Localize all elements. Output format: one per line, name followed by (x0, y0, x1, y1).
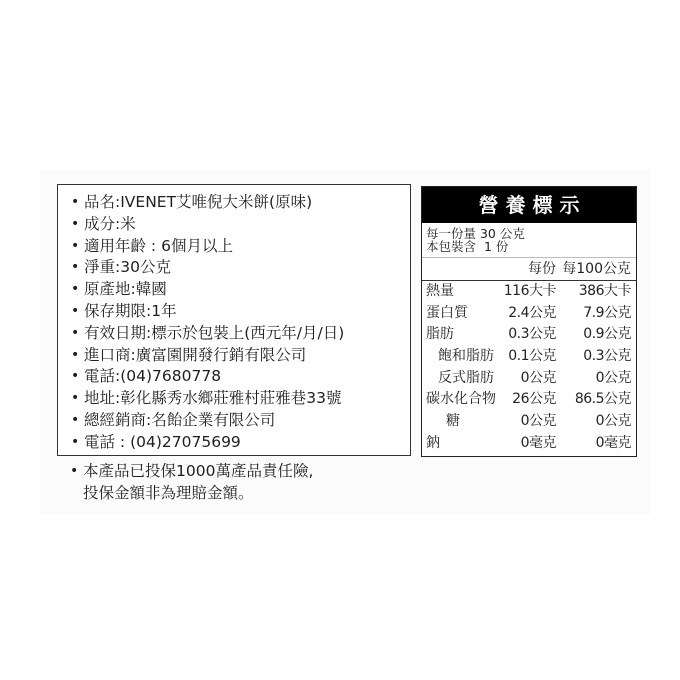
nutrient-name: 糖 (446, 411, 460, 433)
nutrient-name: 蛋白質 (426, 303, 468, 325)
serving-info: 每一份量 30 公克 本包裝含 1 份 (422, 223, 636, 258)
value-per-100g: 0公克 (596, 368, 631, 390)
bullet-icon: • (71, 257, 79, 279)
insurance-note: •本產品已投保1000萬產品責任險, 投保金額非為理賠金額。 (57, 460, 411, 504)
info-item-shelf-life: •保存期限:1年 (58, 301, 344, 323)
nutrient-name: 脂肪 (426, 324, 454, 346)
info-item-origin: •原產地:韓國 (58, 279, 344, 301)
info-item-importer-phone: •電話:(04)7680778 (58, 366, 344, 388)
nutrition-row-fat: 脂肪 0.3公克 0.9公克 (422, 324, 636, 346)
info-text: 進口商:廣富園開發行銷有限公司 (84, 346, 306, 364)
info-text: 地址:彰化縣秀水鄉莊雅村莊雅巷33號 (84, 389, 341, 407)
servings-per-package: 本包裝含 1 份 (426, 240, 636, 253)
nutrition-row-protein: 蛋白質 2.4公克 7.9公克 (422, 303, 636, 325)
nutrition-row-calories: 熱量 116大卡 386大卡 (422, 281, 636, 303)
info-text: 有效日期:標示於包裝上(西元年/月/日) (84, 324, 344, 342)
value-per-serving: 2.4公克 (508, 303, 556, 325)
nutrition-column-header: 每份 每100公克 (422, 258, 636, 281)
value-per-100g: 0.3公克 (583, 346, 631, 368)
info-item-age: •適用年齡 : 6個月以上 (58, 236, 344, 258)
info-text: 電話:(04)7680778 (84, 367, 221, 385)
info-text: 保存期限:1年 (84, 302, 177, 320)
bullet-icon: • (71, 388, 79, 410)
column-per-100g: 每100公克 (562, 258, 631, 280)
info-item-ingredients: •成分:米 (58, 214, 344, 236)
note-line-1: •本產品已投保1000萬產品責任險, (57, 460, 411, 482)
nutrient-name: 飽和脂肪 (438, 346, 494, 368)
bullet-icon: • (71, 279, 79, 301)
nutrition-facts-box: 營養標示 每一份量 30 公克 本包裝含 1 份 每份 每100公克 熱量 11… (421, 186, 637, 457)
value-per-serving: 0.1公克 (508, 346, 556, 368)
info-item-distributor: •總經銷商:名飴企業有限公司 (58, 410, 344, 432)
value-per-100g: 0公克 (596, 411, 631, 433)
note-line-2: 投保金額非為理賠金額。 (57, 482, 411, 504)
value-per-serving: 116大卡 (504, 281, 556, 303)
info-item-net-weight: •淨重:30公克 (58, 257, 344, 279)
info-text: 成分:米 (84, 215, 136, 233)
value-per-100g: 0毫克 (596, 433, 631, 455)
bullet-icon: • (71, 366, 79, 388)
nutrition-rows: 熱量 116大卡 386大卡 蛋白質 2.4公克 7.9公克 脂肪 0.3公克 … (422, 281, 636, 455)
bullet-icon: • (71, 345, 79, 367)
nutrient-name: 反式脂肪 (438, 368, 494, 390)
product-info-box: •品名:IVENET艾唯倪大米餅(原味) •成分:米 •適用年齡 : 6個月以上… (57, 184, 411, 456)
value-per-100g: 7.9公克 (583, 303, 631, 325)
value-per-serving: 0公克 (521, 411, 556, 433)
info-text: 淨重:30公克 (84, 258, 171, 276)
nutrition-row-saturated-fat: 飽和脂肪 0.1公克 0.3公克 (422, 346, 636, 368)
info-text: 總經銷商:名飴企業有限公司 (84, 411, 275, 429)
note-text-1: 本產品已投保1000萬產品責任險, (83, 462, 313, 480)
nutrition-row-sugar: 糖 0公克 0公克 (422, 411, 636, 433)
value-per-100g: 0.9公克 (583, 324, 631, 346)
product-info-list: •品名:IVENET艾唯倪大米餅(原味) •成分:米 •適用年齡 : 6個月以上… (58, 192, 344, 454)
value-per-serving: 26公克 (512, 389, 556, 411)
bullet-icon: • (71, 432, 79, 454)
nutrition-row-sodium: 鈉 0毫克 0毫克 (422, 433, 636, 455)
info-text: 適用年齡 : 6個月以上 (84, 237, 233, 255)
column-per-serving: 每份 (528, 258, 556, 280)
bullet-icon: • (71, 192, 79, 214)
info-item-expiry: •有效日期:標示於包裝上(西元年/月/日) (58, 323, 344, 345)
nutrient-name: 碳水化合物 (426, 389, 496, 411)
bullet-icon: • (71, 410, 79, 432)
nutrition-title: 營養標示 (422, 187, 636, 223)
nutrition-row-carbohydrates: 碳水化合物 26公克 86.5公克 (422, 389, 636, 411)
nutrient-name: 熱量 (426, 281, 454, 303)
info-text: 品名:IVENET艾唯倪大米餅(原味) (84, 193, 312, 211)
bullet-icon: • (71, 214, 79, 236)
bullet-icon: • (71, 301, 79, 323)
bullet-icon: • (71, 323, 79, 345)
nutrition-row-trans-fat: 反式脂肪 0公克 0公克 (422, 368, 636, 390)
bullet-icon: • (70, 460, 78, 482)
info-text: 原產地:韓國 (84, 280, 167, 298)
info-item-importer: •進口商:廣富園開發行銷有限公司 (58, 345, 344, 367)
nutrient-name: 鈉 (426, 433, 440, 455)
info-text: 電話 : (04)27075699 (84, 433, 241, 451)
value-per-serving: 0公克 (521, 368, 556, 390)
note-text-2: 投保金額非為理賠金額。 (83, 484, 254, 502)
value-per-100g: 386大卡 (579, 281, 631, 303)
bullet-icon: • (71, 236, 79, 258)
value-per-serving: 0毫克 (521, 433, 556, 455)
info-item-product-name: •品名:IVENET艾唯倪大米餅(原味) (58, 192, 344, 214)
info-item-distributor-phone: •電話 : (04)27075699 (58, 432, 344, 454)
value-per-serving: 0.3公克 (508, 324, 556, 346)
value-per-100g: 86.5公克 (575, 389, 631, 411)
info-item-address: •地址:彰化縣秀水鄉莊雅村莊雅巷33號 (58, 388, 344, 410)
